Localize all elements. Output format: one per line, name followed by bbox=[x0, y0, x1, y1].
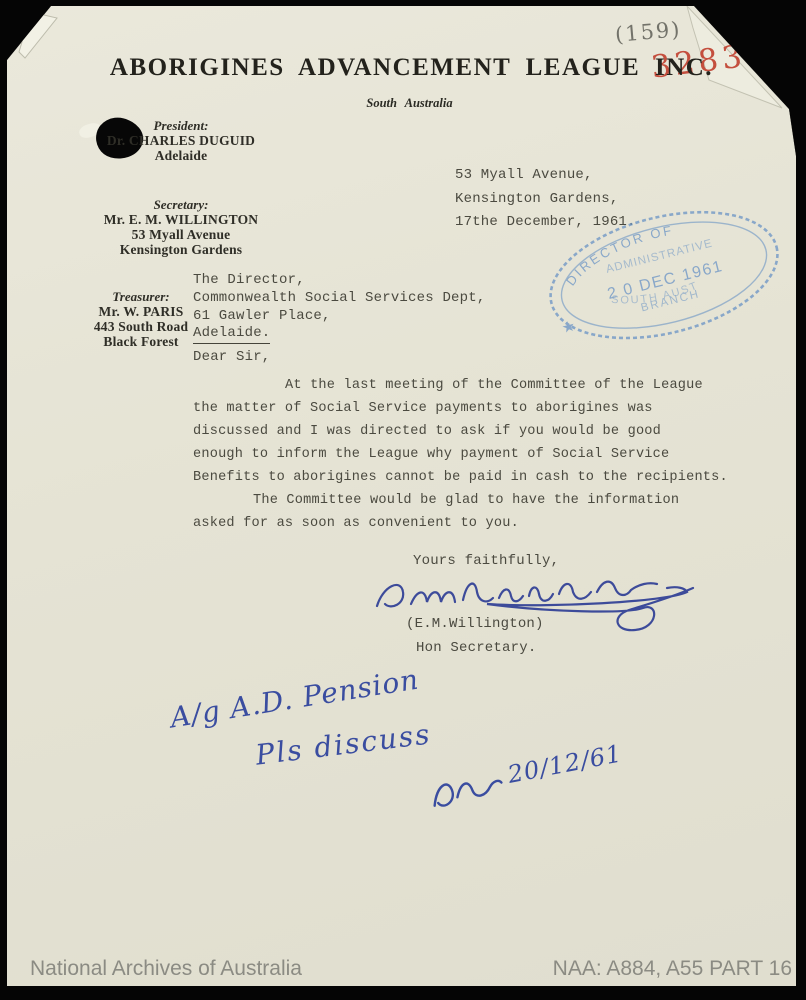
corner-curl-topleft bbox=[19, 12, 57, 58]
recipient-line: Commonwealth Social Services Dept, bbox=[193, 290, 485, 308]
corner-cut-topleft bbox=[7, 6, 51, 60]
stamp-star-icon: ★ bbox=[560, 318, 577, 337]
archive-source-caption: National Archives of Australia bbox=[30, 957, 302, 981]
recipient-line: The Director, bbox=[193, 272, 485, 290]
handwritten-initials-and-date: 20/12/61 bbox=[423, 737, 628, 818]
sender-address-line: 53 Myall Avenue, bbox=[455, 164, 636, 188]
letter-page: (159) 3283 ABORIGINES ADVANCEMENT LEAGUE… bbox=[7, 6, 796, 986]
president-name: Dr. CHARLES DUGUID bbox=[65, 133, 297, 148]
body-line: asked for as soon as convenient to you. bbox=[193, 512, 738, 535]
letter-body: At the last meeting of the Committee of … bbox=[193, 374, 738, 535]
body-line: the matter of Social Service payments to… bbox=[193, 397, 738, 420]
handwritten-note-2: Pls discuss bbox=[254, 717, 433, 771]
president-city: Adelaide bbox=[65, 148, 297, 163]
signatory-title: Hon Secretary. bbox=[416, 640, 536, 656]
body-line: At the last meeting of the Committee of … bbox=[193, 374, 738, 397]
president-role-label: President: bbox=[65, 118, 297, 133]
body-line: The Committee would be glad to have the … bbox=[193, 489, 738, 512]
president-block: President: Dr. CHARLES DUGUID Adelaide bbox=[65, 118, 297, 163]
archive-reference-caption: NAA: A884, A55 PART 16 bbox=[553, 957, 792, 981]
recipient-line: 61 Gawler Place, bbox=[193, 308, 485, 326]
secretary-block: Secretary: Mr. E. M. WILLINGTON 53 Myall… bbox=[65, 197, 297, 257]
salutation: Dear Sir, bbox=[193, 349, 270, 365]
secretary-name: Mr. E. M. WILLINGTON bbox=[65, 212, 297, 227]
letterhead-subtitle: South Australia bbox=[7, 96, 796, 111]
letterhead-title: ABORIGINES ADVANCEMENT LEAGUE INC. bbox=[7, 54, 796, 82]
annotation-date: 20/12/61 bbox=[505, 739, 624, 789]
pencil-folio-number: (159) bbox=[614, 17, 682, 47]
typed-signatory-name: (E.M.Willington) bbox=[406, 616, 544, 632]
recipient-address: The Director, Commonwealth Social Servic… bbox=[193, 272, 485, 344]
secretary-role-label: Secretary: bbox=[65, 197, 297, 212]
body-line: discussed and I was directed to ask if y… bbox=[193, 420, 738, 443]
initials-squiggle bbox=[423, 761, 508, 819]
body-line: Benefits to aborigines cannot be paid in… bbox=[193, 466, 738, 489]
secretary-suburb: Kensington Gardens bbox=[65, 242, 297, 257]
recipient-city-underlined: Adelaide. bbox=[193, 325, 270, 344]
sender-address-line: Kensington Gardens, bbox=[455, 188, 636, 212]
secretary-street: 53 Myall Avenue bbox=[65, 227, 297, 242]
body-line: enough to inform the League why payment … bbox=[193, 443, 738, 466]
